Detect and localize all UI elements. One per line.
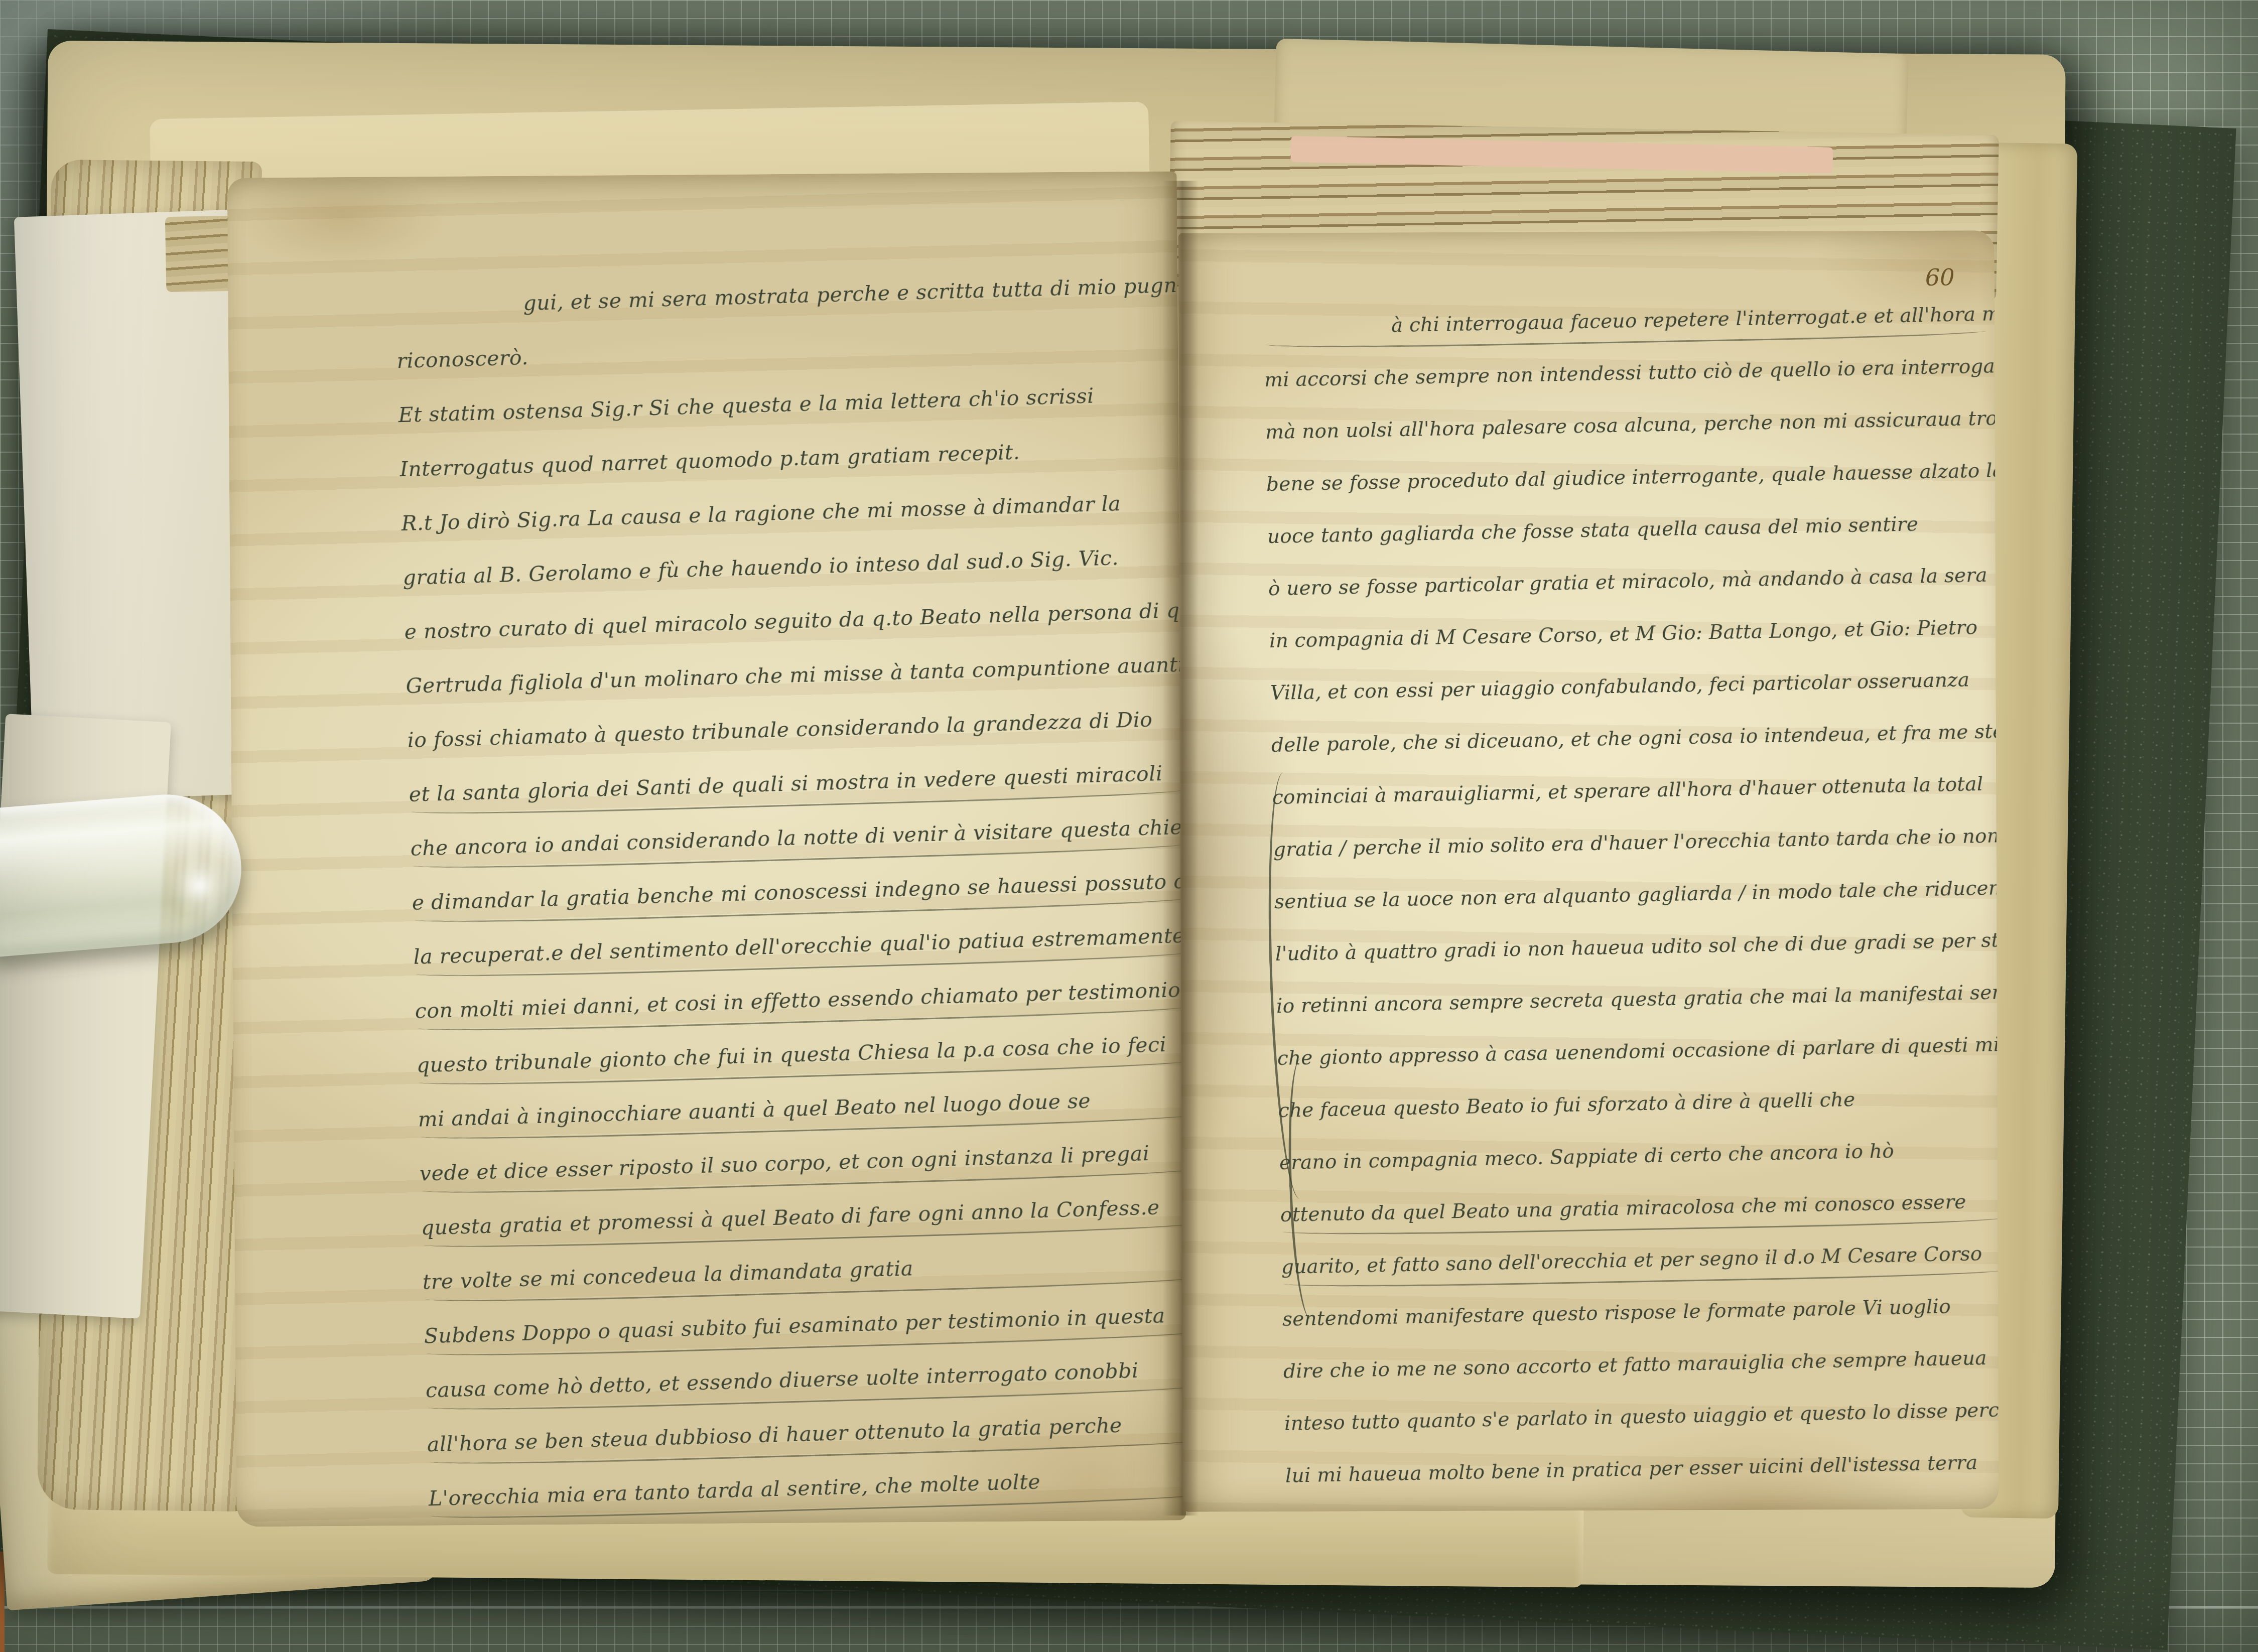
manuscript-line-text: sentiua se la uoce non era alquanto gagl… [1274, 876, 1999, 913]
manuscript-line-text: che faceua questo Beato io fui sforzato … [1278, 1088, 1855, 1122]
manuscript-line-text: l'udito à quattro gradi io non haueua ud… [1275, 928, 1999, 966]
manuscript-line-text: vede et dice esser riposto il suo corpo,… [419, 1141, 1150, 1186]
page-left: gui, et se mi sera mostrata perche e scr… [227, 171, 1186, 1527]
manuscript-line-text: erano in compagnia meco. Sappiate di cer… [1279, 1140, 1895, 1174]
glass-rod-highlight [149, 810, 232, 921]
manuscript-line-text: riconoscerò. [396, 345, 529, 373]
manuscript-line-text: cominciai à marauigliarmi, et sperare al… [1272, 773, 1983, 809]
manuscript-line-text: Et statim ostensa Sig.r Si che questa e … [398, 384, 1094, 428]
manuscript-line-text: all'hora se ben steua dubbioso di hauer … [427, 1413, 1122, 1457]
manuscript-book: gui, et se mi sera mostrata perche e scr… [0, 0, 2258, 1652]
manuscript-line-text: con molti miei danni, et cosi in effetto… [415, 977, 1186, 1023]
manuscript-line-text: in compagnia di M Cesare Corso, et M Gio… [1269, 616, 1978, 652]
manuscript-line-text: sentendomi manifestare questo rispose le… [1282, 1295, 1951, 1331]
manuscript-line-text: Subdens Doppo o quasi subito fui esamina… [424, 1303, 1165, 1348]
manuscript-line-text: guarito, et fatto sano dell'orecchia et … [1281, 1243, 1982, 1279]
manuscript-line-text: Gertruda figliola d'un molinaro che mi m… [406, 651, 1186, 698]
page-number: 60 [1925, 263, 1955, 291]
manuscript-line-text: R.t Jo dirò Sig.ra La causa e la ragione… [401, 491, 1121, 535]
manuscript-line-text: ottenuto da quel Beato una gratia miraco… [1280, 1191, 1966, 1226]
manuscript-line-text: delle parole, che si diceuano, et che og… [1271, 720, 1999, 757]
manuscript-line-text: e dimandar la gratia benche mi conoscess… [412, 867, 1186, 914]
archival-photo-scene: gui, et se mi sera mostrata perche e scr… [0, 0, 2258, 1652]
page-right: 60 à chi interrogaua faceuo repetere l'i… [1178, 230, 1999, 1512]
manuscript-line-text: L'orecchia mia era tanto tarda al sentir… [428, 1469, 1040, 1510]
manuscript-line-text: Villa, et con essi per uiaggio confabula… [1270, 668, 1970, 705]
manuscript-line-text: la recuperat.e del sentimento dell'orecc… [413, 923, 1185, 969]
handwritten-text-left: gui, et se mi sera mostrata perche e scr… [394, 257, 1186, 1526]
manuscript-line-text: gratia al B. Gerolamo e fù che hauendo i… [403, 545, 1119, 590]
manuscript-line-text: mi andai à inginocchiare auanti à quel B… [418, 1088, 1091, 1131]
manuscript-line-text: causa come hò detto, et essendo diuerse … [425, 1358, 1139, 1403]
manuscript-line-text: che ancora io andai considerando la nott… [410, 814, 1186, 861]
manuscript-line-text: tre volte se mi concedeua la dimandata g… [422, 1256, 913, 1294]
manuscript-line-text: mi accorsi che sempre non intendessi tut… [1264, 355, 1999, 392]
manuscript-line-text: inteso tutto quanto s'e parlato in quest… [1284, 1399, 1999, 1435]
manuscript-line-text: dire che io me ne sono accorto et fatto … [1283, 1347, 1987, 1383]
manuscript-line-text: io fossi chiamato à questo tribunale con… [407, 707, 1153, 752]
manuscript-line-text: gratia / perche il mio solito era d'haue… [1273, 824, 1999, 861]
manuscript-line-text: et la santa gloria dei Santi de quali si… [409, 761, 1163, 806]
manuscript-line-text: questa gratia et promessi à quel Beato d… [421, 1195, 1160, 1240]
loose-paper-sheet [14, 210, 250, 801]
gutter-shadow [1162, 181, 1199, 1516]
manuscript-line-text: bene se fosse proceduto dal giudice inte… [1266, 459, 1999, 496]
manuscript-line-text: gui, et se mi sera mostrata perche e scr… [523, 271, 1186, 315]
manuscript-line-text: ò uero se fosse particolar gratia et mir… [1268, 564, 1988, 601]
manuscript-line-text: lui mi haueua molto bene in pratica per … [1285, 1451, 1978, 1487]
manuscript-line-text: uoce tanto gagliarda che fosse stata que… [1267, 513, 1919, 548]
handwritten-text-right: à chi interrogaua faceuo repetere l'inte… [1263, 288, 1999, 1502]
manuscript-line-text: mà non uolsi all'hora palesare cosa alcu… [1265, 406, 1999, 444]
pink-page-edge [1291, 136, 1833, 174]
manuscript-line-text: à chi interrogaua faceuo repetere l'inte… [1391, 302, 1999, 337]
manuscript-line-text: Interrogatus quod narret quomodo p.tam g… [400, 440, 1020, 481]
manuscript-line-text: questo tribunale gionto che fui in quest… [416, 1032, 1167, 1077]
manuscript-line-text: che gionto appresso à casa uenendomi occ… [1277, 1032, 1999, 1070]
manuscript-line-text: e nostro curato di quel miracolo seguito… [404, 597, 1186, 644]
manuscript-line-text: io retinni ancora sempre secreta questa … [1276, 981, 1999, 1018]
